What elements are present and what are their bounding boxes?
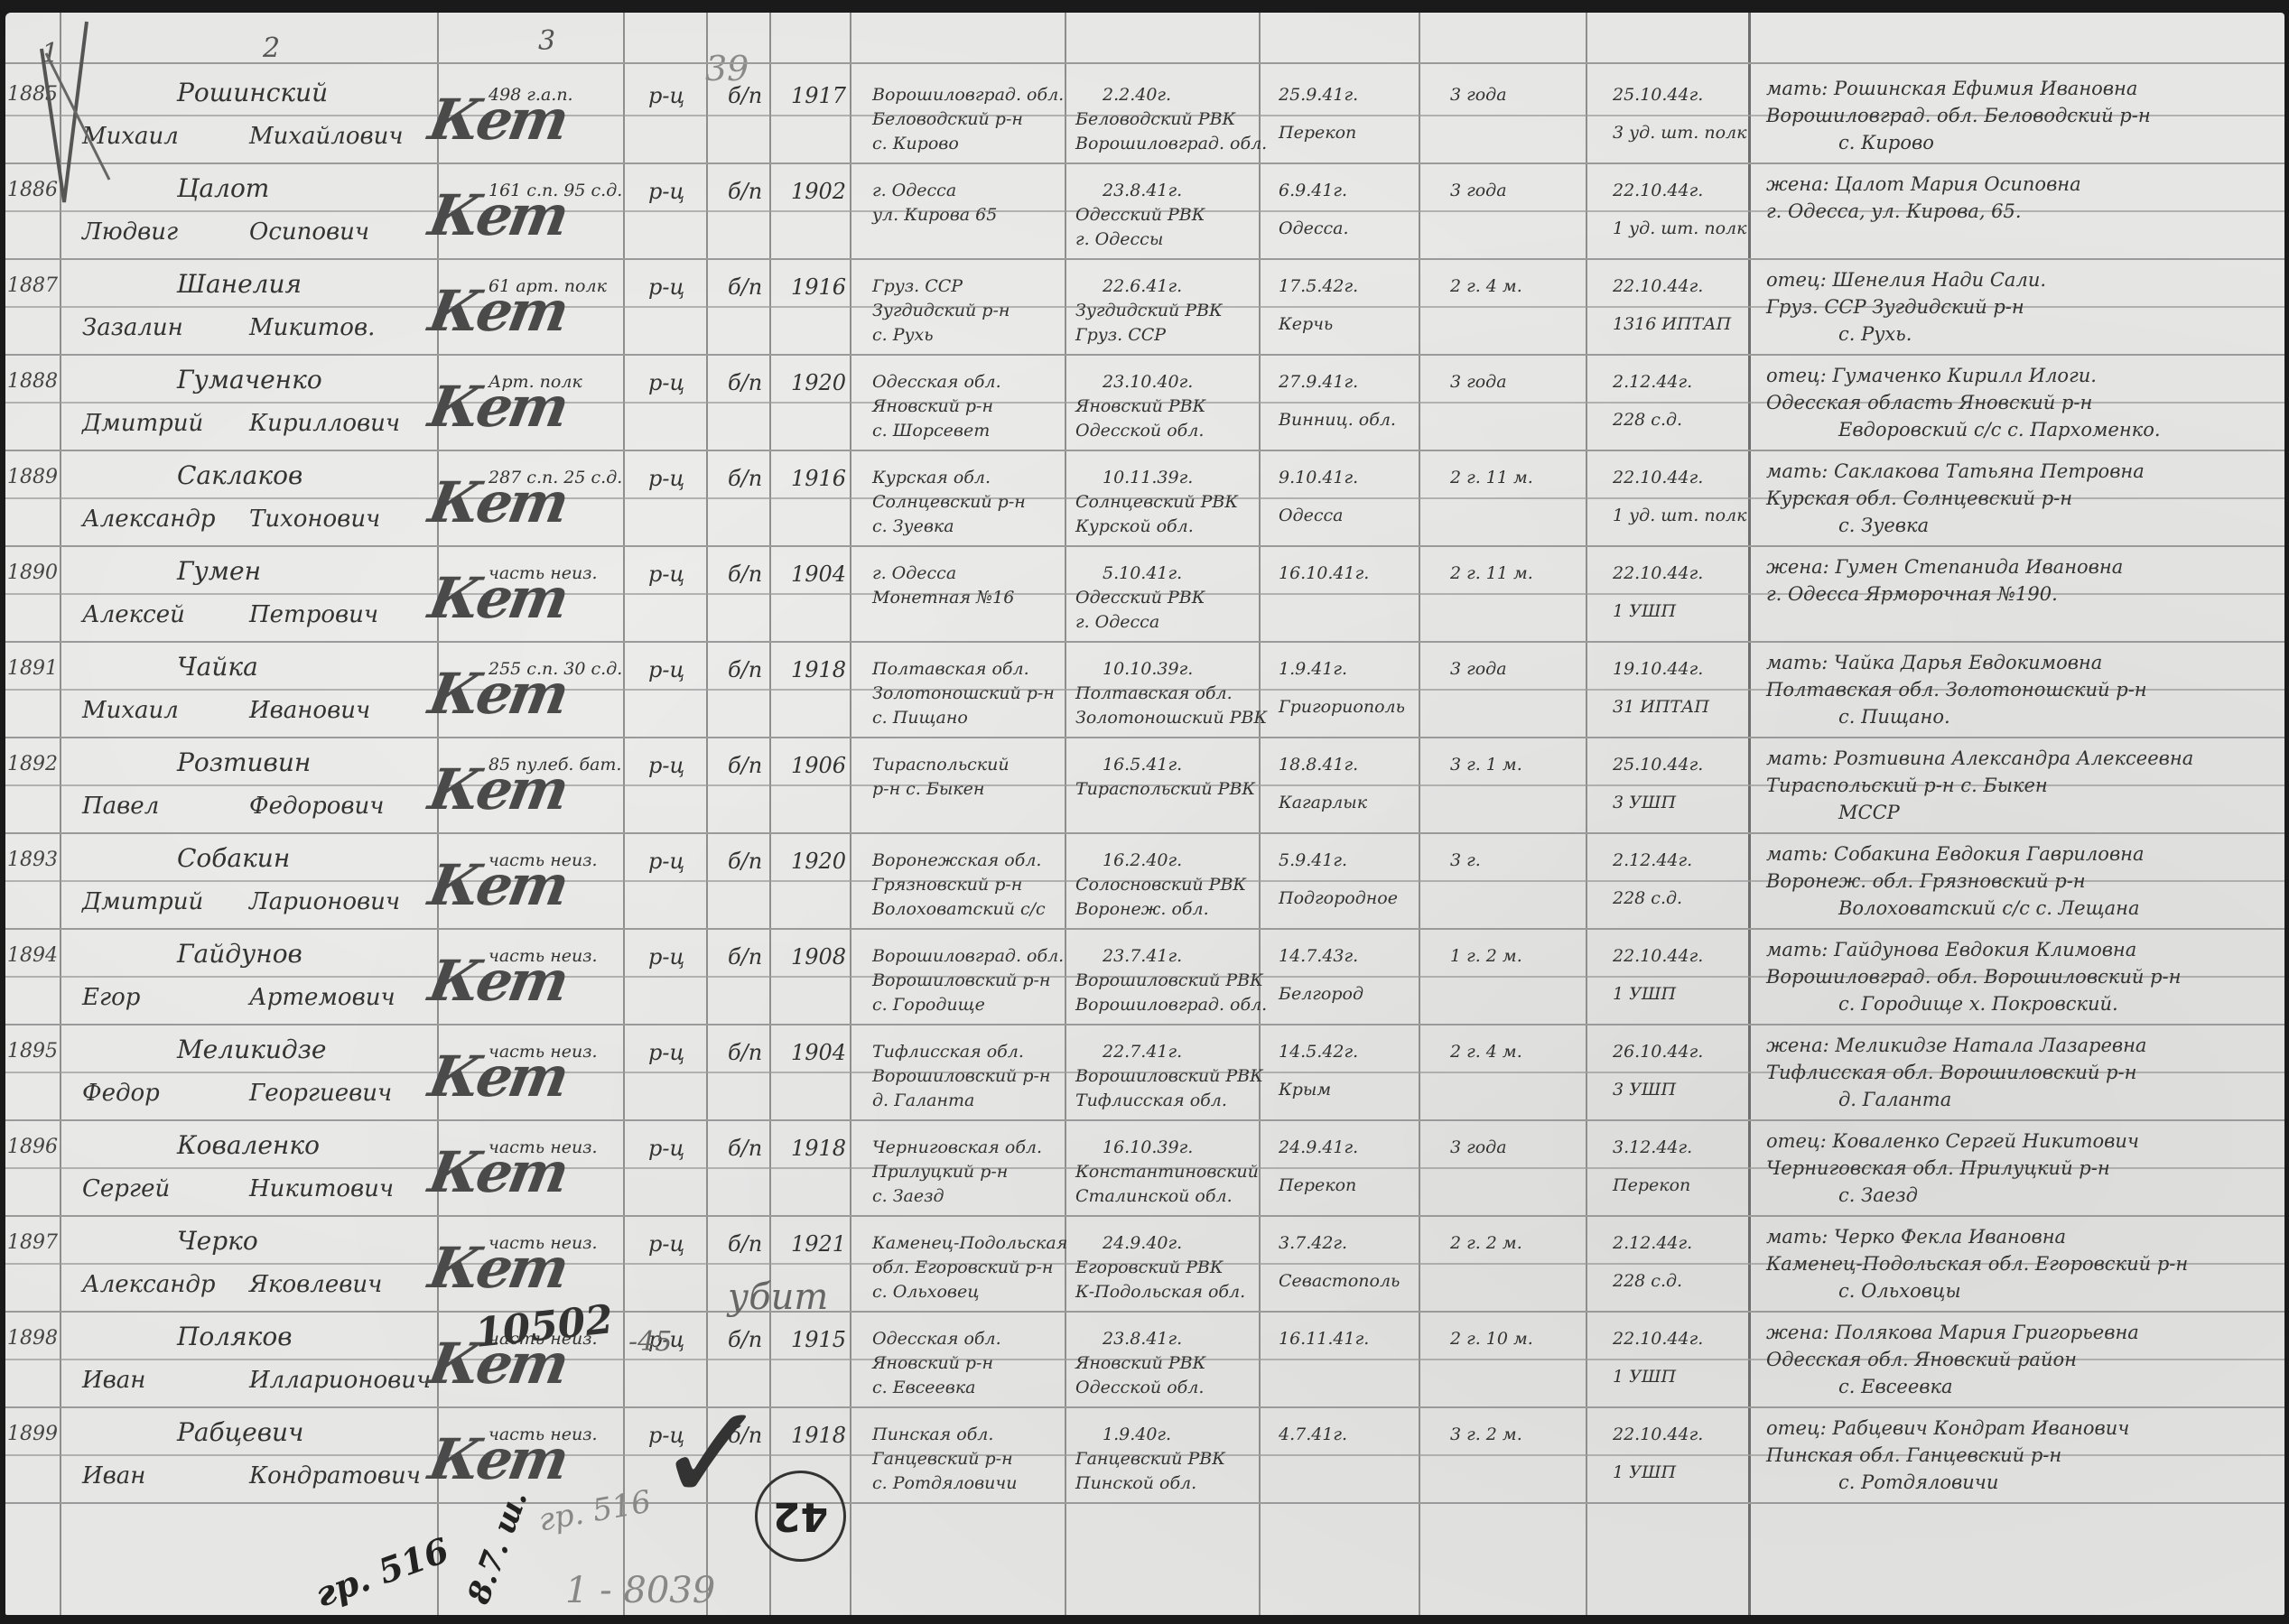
relative-note-line: отец: Шенелия Нади Сали. bbox=[1766, 269, 2046, 291]
column-number: 2 bbox=[263, 32, 280, 64]
returned-line: 1 уд. шт. полк bbox=[1613, 218, 1746, 238]
patronymic: Иванович bbox=[249, 697, 370, 724]
row-rule bbox=[5, 1502, 2284, 1504]
birthplace-line: Полтавская обл. bbox=[872, 659, 1029, 679]
birthplace-line: с. Пищано bbox=[872, 708, 968, 728]
relative-note-line: мать: Саклакова Татьяна Петровна bbox=[1766, 460, 2145, 482]
returned-line: 1 УШП bbox=[1613, 1462, 1676, 1482]
rank: р-ц bbox=[648, 466, 684, 491]
unit: часть неиз. bbox=[489, 1042, 598, 1062]
party-status: б/п bbox=[728, 179, 762, 204]
draft-line: Сталинской обл. bbox=[1075, 1186, 1233, 1206]
first-name: Иван bbox=[82, 1462, 145, 1489]
relative-note-line: с. Городище х. Покровский. bbox=[1838, 993, 2118, 1015]
returned-line: 2.12.44г. bbox=[1613, 1233, 1692, 1253]
captured-line: 17.5.42г. bbox=[1279, 276, 1358, 296]
patronymic: Георгиевич bbox=[249, 1080, 392, 1107]
captured-line: 4.7.41г. bbox=[1279, 1424, 1347, 1444]
birthplace-line: Ворошиловский р-н bbox=[872, 970, 1050, 990]
relative-note-line: с. Зуевка bbox=[1838, 515, 1929, 536]
term: 3 г. 2 м. bbox=[1450, 1424, 1522, 1444]
ledger-page: 1 2 3 39 1885РошинскийМихаилМихайловичКе… bbox=[5, 13, 2284, 1615]
party-status: б/п bbox=[728, 370, 762, 395]
birth-year: 1904 bbox=[791, 1040, 846, 1065]
relative-note-line: Одесская область Яновский р-н bbox=[1766, 392, 2092, 413]
birthplace-line: Каменец-Подольская bbox=[872, 1233, 1067, 1253]
patronymic: Кондратович bbox=[249, 1462, 421, 1489]
term: 2 г. 4 м. bbox=[1450, 1042, 1522, 1062]
birth-year: 1902 bbox=[791, 179, 846, 204]
draft-line: Пинской обл. bbox=[1075, 1473, 1196, 1493]
first-name: Иван bbox=[82, 1367, 145, 1394]
returned-line: 31 ИПТАП bbox=[1613, 697, 1709, 717]
returned-line: 1 УШП bbox=[1613, 601, 1676, 621]
unit: 287 с.п. 25 с.д. bbox=[489, 468, 622, 487]
captured-line: Одесса. bbox=[1279, 218, 1349, 238]
patronymic: Федорович bbox=[249, 793, 384, 820]
entry-number: 1890 bbox=[7, 561, 58, 584]
first-name: Егор bbox=[82, 984, 140, 1011]
draft-line: Одесский РВК bbox=[1075, 588, 1205, 608]
birthplace-line: Ворошиловград. обл. bbox=[872, 946, 1064, 966]
unit: Арт. полк bbox=[489, 372, 582, 392]
captured-line: Севастополь bbox=[1279, 1271, 1400, 1291]
captured-line: 1.9.41г. bbox=[1279, 659, 1347, 679]
returned-line: 1316 ИПТАП bbox=[1613, 314, 1731, 334]
birthplace-line: с. Городище bbox=[872, 995, 985, 1015]
draft-line: Егоровский РВК bbox=[1075, 1257, 1224, 1277]
entry-number: 1897 bbox=[7, 1231, 58, 1254]
draft-line: Тираспольский РВК bbox=[1075, 779, 1255, 799]
returned-line: 3 уд. шт. полк bbox=[1613, 123, 1746, 143]
birthplace-line: Тифлисская обл. bbox=[872, 1042, 1024, 1062]
relative-note-line: жена: Цалот Мария Осиповна bbox=[1766, 173, 2081, 195]
unit: 85 пулеб. бат. bbox=[489, 755, 621, 775]
relative-note-line: мать: Чайка Дарья Евдокимовна bbox=[1766, 652, 2102, 673]
term: 2 г. 11 м. bbox=[1450, 563, 1533, 583]
term: 1 г. 2 м. bbox=[1450, 946, 1522, 966]
birthplace-line: Ворошиловград. обл. bbox=[872, 85, 1064, 105]
rank: р-ц bbox=[648, 944, 684, 970]
rank: р-ц bbox=[648, 849, 684, 874]
patronymic: Тихонович bbox=[249, 506, 380, 533]
table-row: 1888ГумаченкоДмитрийКирилловичКетАрт. по… bbox=[5, 354, 2284, 450]
surname: Чайка bbox=[177, 652, 258, 682]
draft-line: Ворошиловград. обл. bbox=[1075, 134, 1267, 153]
draft-line: г. Одессы bbox=[1075, 229, 1163, 249]
term: 2 г. 2 м. bbox=[1450, 1233, 1522, 1253]
birthplace-line: Грязновский р-н bbox=[872, 875, 1022, 895]
captured-line: 3.7.42г. bbox=[1279, 1233, 1347, 1253]
returned-line: 22.10.44г. bbox=[1613, 1329, 1703, 1349]
draft-line: Одесский РВК bbox=[1075, 205, 1205, 225]
birthplace-line: с. Заезд bbox=[872, 1186, 944, 1206]
relative-note-line: Каменец-Подольская обл. Егоровский р-н bbox=[1766, 1253, 2188, 1275]
first-name: Зазалин bbox=[82, 314, 183, 341]
relative-note-line: отец: Гумаченко Кирилл Илоги. bbox=[1766, 365, 2097, 386]
relative-note-line: Волоховатский с/с с. Лещана bbox=[1838, 897, 2140, 919]
patronymic: Илларионович bbox=[249, 1367, 431, 1394]
returned-line: 22.10.44г. bbox=[1613, 276, 1703, 296]
birthplace-line: Прилуцкий р-н bbox=[872, 1162, 1008, 1182]
entry-number: 1896 bbox=[7, 1136, 58, 1158]
annotation: 8.7. ш. bbox=[461, 1486, 535, 1609]
checkmark-icon: ✓ bbox=[656, 1376, 769, 1533]
draft-line: 16.5.41г. bbox=[1103, 755, 1182, 775]
captured-line: Перекоп bbox=[1279, 123, 1356, 143]
returned-line: 22.10.44г. bbox=[1613, 468, 1703, 487]
birthplace-line: с. Ротдяловичи bbox=[872, 1473, 1017, 1493]
birth-year: 1915 bbox=[791, 1327, 846, 1352]
relative-note-line: Пинская обл. Ганцевский р-н bbox=[1766, 1444, 2061, 1466]
first-name: Дмитрий bbox=[82, 410, 203, 437]
birth-year: 1918 bbox=[791, 1136, 846, 1161]
returned-line: 228 с.д. bbox=[1613, 888, 1682, 908]
unit: часть неиз. bbox=[489, 850, 598, 870]
term: 3 г. bbox=[1450, 850, 1481, 870]
draft-line: Яновский РВК bbox=[1075, 396, 1205, 416]
surname: Собакин bbox=[177, 843, 290, 873]
strike-mark bbox=[23, 13, 132, 229]
captured-line: 9.10.41г. bbox=[1279, 468, 1358, 487]
draft-line: 23.7.41г. bbox=[1103, 946, 1182, 966]
term: 3 года bbox=[1450, 85, 1507, 105]
surname: Меликидзе bbox=[177, 1035, 326, 1064]
entry-number: 1892 bbox=[7, 753, 58, 775]
relative-note-line: Тираспольский р-н с. Быкен bbox=[1766, 775, 2048, 796]
first-name: Павел bbox=[82, 793, 159, 820]
entry-number: 1889 bbox=[7, 466, 58, 488]
birthplace-line: обл. Егоровский р-н bbox=[872, 1257, 1053, 1277]
returned-line: 25.10.44г. bbox=[1613, 755, 1703, 775]
patronymic: Кириллович bbox=[249, 410, 400, 437]
draft-line: Ворошиловград. обл. bbox=[1075, 995, 1267, 1015]
birth-year: 1908 bbox=[791, 944, 846, 970]
rank: р-ц bbox=[648, 1231, 684, 1257]
relative-note-line: д. Галанта bbox=[1838, 1089, 1951, 1110]
birthplace-line: Тираспольский bbox=[872, 755, 1010, 775]
relative-note-line: жена: Меликидзе Натала Лазаревна bbox=[1766, 1035, 2146, 1056]
draft-line: 16.2.40г. bbox=[1103, 850, 1182, 870]
returned-line: 228 с.д. bbox=[1613, 1271, 1682, 1291]
rank: р-ц bbox=[648, 179, 684, 204]
captured-line: Одесса bbox=[1279, 506, 1343, 525]
captured-line: 6.9.41г. bbox=[1279, 181, 1347, 200]
party-status: б/п bbox=[728, 657, 762, 682]
entry-number: 1887 bbox=[7, 274, 58, 297]
returned-line: 25.10.44г. bbox=[1613, 85, 1703, 105]
party-status: б/п bbox=[728, 1327, 762, 1352]
unit: часть неиз. bbox=[489, 1424, 598, 1444]
draft-line: 23.10.40г. bbox=[1103, 372, 1193, 392]
relative-note-line: Черниговская обл. Прилуцкий р-н bbox=[1766, 1157, 2110, 1179]
unit: часть неиз. bbox=[489, 946, 598, 966]
draft-line: Ворошиловский РВК bbox=[1075, 1066, 1263, 1086]
relative-note-line: Груз. ССР Зугдидский р-н bbox=[1766, 296, 2024, 318]
rank: р-ц bbox=[648, 1136, 684, 1161]
relative-note-line: с. Кирово bbox=[1838, 132, 1934, 153]
returned-line: 22.10.44г. bbox=[1613, 946, 1703, 966]
first-name: Федор bbox=[82, 1080, 160, 1107]
captured-line: 25.9.41г. bbox=[1279, 85, 1358, 105]
draft-line: 2.2.40г. bbox=[1103, 85, 1171, 105]
birthplace-line: Пинская обл. bbox=[872, 1424, 993, 1444]
patronymic: Микитов. bbox=[249, 314, 375, 341]
draft-line: Ганцевский РВК bbox=[1075, 1449, 1225, 1469]
birthplace-line: г. Одесса bbox=[872, 563, 956, 583]
rank: р-ц bbox=[648, 83, 684, 108]
patronymic: Ларионович bbox=[249, 888, 400, 915]
birthplace-line: Курская обл. bbox=[872, 468, 991, 487]
birthplace-line: Солнцевский р-н bbox=[872, 492, 1026, 512]
surname: Гумаченко bbox=[177, 365, 322, 394]
surname: Розтивин bbox=[177, 747, 311, 777]
party-status: б/п bbox=[728, 561, 762, 587]
captured-line: Керчь bbox=[1279, 314, 1333, 334]
returned-line: 1 уд. шт. полк bbox=[1613, 506, 1746, 525]
entry-number: 1888 bbox=[7, 370, 58, 393]
birthplace-line: ул. Кирова 65 bbox=[872, 205, 997, 225]
relative-note-line: Полтавская обл. Золотоношский р-н bbox=[1766, 679, 2147, 701]
birthplace-line: с. Шорсевет bbox=[872, 421, 990, 441]
relative-note-line: Тифлисская обл. Ворошиловский р-н bbox=[1766, 1062, 2136, 1083]
draft-line: Зугдидский РВК bbox=[1075, 301, 1223, 320]
term: 2 г. 10 м. bbox=[1450, 1329, 1533, 1349]
first-name: Михаил bbox=[82, 697, 179, 724]
surname: Рошинский bbox=[177, 78, 328, 107]
table-row: 1896КоваленкоСергейНикитовичКетчасть неи… bbox=[5, 1119, 2284, 1215]
relative-note-line: отец: Коваленко Сергей Никитович bbox=[1766, 1130, 2139, 1152]
returned-line: 2.12.44г. bbox=[1613, 372, 1692, 392]
term: 3 года bbox=[1450, 659, 1507, 679]
captured-line: 16.10.41г. bbox=[1279, 563, 1369, 583]
birthplace-line: д. Галанта bbox=[872, 1090, 974, 1110]
birthplace-line: с. Рухь bbox=[872, 325, 934, 345]
rank: р-ц bbox=[648, 657, 684, 682]
party-status: б/п bbox=[728, 944, 762, 970]
surname: Рабцевич bbox=[177, 1417, 303, 1447]
relative-note-line: Курская обл. Солнцевский р-н bbox=[1766, 487, 2072, 509]
birthplace-line: Одесская обл. bbox=[872, 1329, 1001, 1349]
table-row: 1890ГуменАлексейПетровичКетчасть неиз.р-… bbox=[5, 545, 2284, 641]
party-status: б/п bbox=[728, 83, 762, 108]
draft-line: г. Одесса bbox=[1075, 612, 1159, 632]
unit: часть неиз. bbox=[489, 1233, 598, 1253]
draft-line: 1.9.40г. bbox=[1103, 1424, 1171, 1444]
returned-line: 22.10.44г. bbox=[1613, 1424, 1703, 1444]
returned-line: 22.10.44г. bbox=[1613, 563, 1703, 583]
draft-line: Одесской обл. bbox=[1075, 1378, 1204, 1397]
patronymic: Никитович bbox=[249, 1175, 394, 1202]
returned-line: 3.12.44г. bbox=[1613, 1137, 1692, 1157]
returned-line: 26.10.44г. bbox=[1613, 1042, 1703, 1062]
table-row: 1898ПоляковИванИлларионовичКетчасть неиз… bbox=[5, 1311, 2284, 1406]
page-stamp: 42 bbox=[755, 1471, 846, 1562]
captured-line: Крым bbox=[1279, 1080, 1331, 1100]
rank: р-ц bbox=[648, 1040, 684, 1065]
relative-note-line: с. Заезд bbox=[1838, 1184, 1918, 1206]
entry-number: 1893 bbox=[7, 849, 58, 871]
first-name: Сергей bbox=[82, 1175, 170, 1202]
relative-note-line: г. Одесса Ярморочная №190. bbox=[1766, 583, 2058, 605]
first-name: Александр bbox=[82, 506, 215, 533]
draft-line: Яновский РВК bbox=[1075, 1353, 1205, 1373]
draft-line: Воронеж. обл. bbox=[1075, 899, 1209, 919]
unit: часть неиз. bbox=[489, 563, 598, 583]
draft-line: Солнцевский РВК bbox=[1075, 492, 1238, 512]
party-status: б/п bbox=[728, 849, 762, 874]
relative-note-line: отец: Рабцевич Кондрат Иванович bbox=[1766, 1417, 2129, 1439]
birthplace-line: Волоховатский с/с bbox=[872, 899, 1046, 919]
relative-note-line: мать: Черко Фекла Ивановна bbox=[1766, 1226, 2066, 1248]
captured-line: Винниц. обл. bbox=[1279, 410, 1396, 430]
party-status: б/п bbox=[728, 1040, 762, 1065]
returned-line: 3 УШП bbox=[1613, 1080, 1676, 1100]
draft-line: 23.8.41г. bbox=[1103, 1329, 1182, 1349]
captured-line: 27.9.41г. bbox=[1279, 372, 1358, 392]
party-status: б/п bbox=[728, 1231, 762, 1257]
birthplace-line: Одесская обл. bbox=[872, 372, 1001, 392]
relative-note-line: Воронеж. обл. Грязновский р-н bbox=[1766, 870, 2086, 892]
patronymic: Артемович bbox=[249, 984, 395, 1011]
term: 3 года bbox=[1450, 181, 1507, 200]
table-row: 1893СобакинДмитрийЛарионовичКетчасть неи… bbox=[5, 832, 2284, 928]
birthplace-line: Беловодский р-н bbox=[872, 109, 1023, 129]
draft-line: 22.7.41г. bbox=[1103, 1042, 1182, 1062]
term: 2 г. 4 м. bbox=[1450, 276, 1522, 296]
returned-line: 3 УШП bbox=[1613, 793, 1676, 812]
birthplace-line: с. Зуевка bbox=[872, 516, 954, 536]
rank: р-ц bbox=[648, 370, 684, 395]
patronymic: Петрович bbox=[249, 601, 378, 628]
first-name: Алексей bbox=[82, 601, 185, 628]
unit: 255 с.п. 30 с.д. bbox=[489, 659, 622, 679]
surname: Шанелия bbox=[177, 269, 302, 299]
birthplace-line: с. Евсеевка bbox=[872, 1378, 976, 1397]
patronymic: Осипович bbox=[249, 218, 369, 246]
term: 3 года bbox=[1450, 372, 1507, 392]
relative-note-line: мать: Розтивина Александра Алексеевна bbox=[1766, 747, 2193, 769]
captured-line: Подгородное bbox=[1279, 888, 1398, 908]
birthplace-line: с. Ольховец bbox=[872, 1282, 979, 1302]
rank: р-ц bbox=[648, 274, 684, 300]
draft-line: 10.10.39г. bbox=[1103, 659, 1193, 679]
returned-line: 228 с.д. bbox=[1613, 410, 1682, 430]
rank: р-ц bbox=[648, 561, 684, 587]
birthplace-line: г. Одесса bbox=[872, 181, 956, 200]
entry-number: 1898 bbox=[7, 1327, 58, 1350]
surname: Коваленко bbox=[177, 1130, 320, 1160]
draft-line: Беловодский РВК bbox=[1075, 109, 1235, 129]
surname: Гумен bbox=[177, 556, 261, 586]
birthplace-line: с. Кирово bbox=[872, 134, 959, 153]
draft-line: Полтавская обл. bbox=[1075, 683, 1233, 703]
unit: 161 с.п. 95 с.д. bbox=[489, 181, 622, 200]
birthplace-line: Зугдидский р-н bbox=[872, 301, 1010, 320]
draft-line: Тифлисская обл. bbox=[1075, 1090, 1227, 1110]
first-name: Александр bbox=[82, 1271, 215, 1298]
draft-line: 22.6.41г. bbox=[1103, 276, 1182, 296]
entry-number: 1894 bbox=[7, 944, 58, 967]
table-row: 1892РозтивинПавелФедоровичКет85 пулеб. б… bbox=[5, 737, 2284, 832]
draft-line: Константиновский bbox=[1075, 1162, 1259, 1182]
unit: часть неиз. bbox=[489, 1137, 598, 1157]
birthplace-line: р-н с. Быкен bbox=[872, 779, 984, 799]
birthplace-line: Воронежская обл. bbox=[872, 850, 1041, 870]
relative-note-line: с. Рухь. bbox=[1838, 323, 1912, 345]
table-row: 1889СаклаковАлександрТихоновичКет287 с.п… bbox=[5, 450, 2284, 545]
table-row: 1885РошинскийМихаилМихайловичКет498 г.а.… bbox=[5, 67, 2284, 162]
draft-line: Ворошиловский РВК bbox=[1075, 970, 1263, 990]
party-status: б/п bbox=[728, 1136, 762, 1161]
party-status: б/п bbox=[728, 466, 762, 491]
relative-note-line: Ворошиловград. обл. Ворошиловский р-н bbox=[1766, 966, 2181, 988]
draft-line: 5.10.41г. bbox=[1103, 563, 1182, 583]
term: 2 г. 11 м. bbox=[1450, 468, 1533, 487]
relative-note-line: Одесская обл. Яновский район bbox=[1766, 1349, 2077, 1370]
annotation: гр. 516 bbox=[310, 1529, 454, 1615]
draft-line: 16.10.39г. bbox=[1103, 1137, 1193, 1157]
draft-line: Солосновский РВК bbox=[1075, 875, 1246, 895]
table-row: 1895МеликидзеФедорГеоргиевичКетчасть неи… bbox=[5, 1024, 2284, 1119]
relative-note-line: Ворошиловград. обл. Беловодский р-н bbox=[1766, 105, 2151, 126]
birth-year: 1918 bbox=[791, 1423, 846, 1448]
draft-line: 24.9.40г. bbox=[1103, 1233, 1182, 1253]
birth-year: 1920 bbox=[791, 370, 846, 395]
entry-number: 1895 bbox=[7, 1040, 58, 1063]
annotation: убит bbox=[728, 1276, 828, 1318]
table-row: 1886ЦалотЛюдвигОсиповичКет161 с.п. 95 с.… bbox=[5, 162, 2284, 258]
draft-line: 23.8.41г. bbox=[1103, 181, 1182, 200]
birth-year: 1906 bbox=[791, 753, 846, 778]
first-name: Дмитрий bbox=[82, 888, 203, 915]
draft-line: 10.11.39г. bbox=[1103, 468, 1193, 487]
relative-note-line: Евдоровский с/с с. Пархоменко. bbox=[1838, 419, 2161, 441]
captured-line: 14.5.42г. bbox=[1279, 1042, 1358, 1062]
relative-note-line: жена: Гумен Степанида Ивановна bbox=[1766, 556, 2123, 578]
birth-year: 1904 bbox=[791, 561, 846, 587]
captured-line: Григориополь bbox=[1279, 697, 1405, 717]
surname: Поляков bbox=[177, 1322, 293, 1351]
table-row: 1894ГайдуновЕгорАртемовичКетчасть неиз.р… bbox=[5, 928, 2284, 1024]
returned-line: 1 УШП bbox=[1613, 984, 1676, 1004]
birth-year: 1918 bbox=[791, 657, 846, 682]
birth-year: 1921 bbox=[791, 1231, 846, 1257]
table-row: 1887ШанелияЗазалинМикитов.Кет61 арт. пол… bbox=[5, 258, 2284, 354]
surname: Черко bbox=[177, 1226, 258, 1256]
birthplace-line: Яновский р-н bbox=[872, 396, 993, 416]
birthplace-line: Яновский р-н bbox=[872, 1353, 993, 1373]
party-status: б/п bbox=[728, 753, 762, 778]
captured-line: 14.7.43г. bbox=[1279, 946, 1358, 966]
draft-line: Груз. ССР bbox=[1075, 325, 1166, 345]
draft-line: Курской обл. bbox=[1075, 516, 1194, 536]
draft-line: Одесской обл. bbox=[1075, 421, 1204, 441]
relative-note-line: жена: Полякова Мария Григорьевна bbox=[1766, 1322, 2139, 1343]
captured-line: 18.8.41г. bbox=[1279, 755, 1358, 775]
draft-line: Золотоношский РВК bbox=[1075, 708, 1267, 728]
captured-line: 5.9.41г. bbox=[1279, 850, 1347, 870]
relative-note-line: с. Евсеевка bbox=[1838, 1376, 1953, 1397]
birthplace-line: Золотоношский р-н bbox=[872, 683, 1055, 703]
birth-year: 1916 bbox=[791, 274, 846, 300]
surname: Саклаков bbox=[177, 460, 302, 490]
birthplace-line: Ворошиловский р-н bbox=[872, 1066, 1050, 1086]
term: 3 г. 1 м. bbox=[1450, 755, 1522, 775]
returned-line: 19.10.44г. bbox=[1613, 659, 1703, 679]
annotation: -45 bbox=[628, 1326, 672, 1358]
returned-line: 2.12.44г. bbox=[1613, 850, 1692, 870]
